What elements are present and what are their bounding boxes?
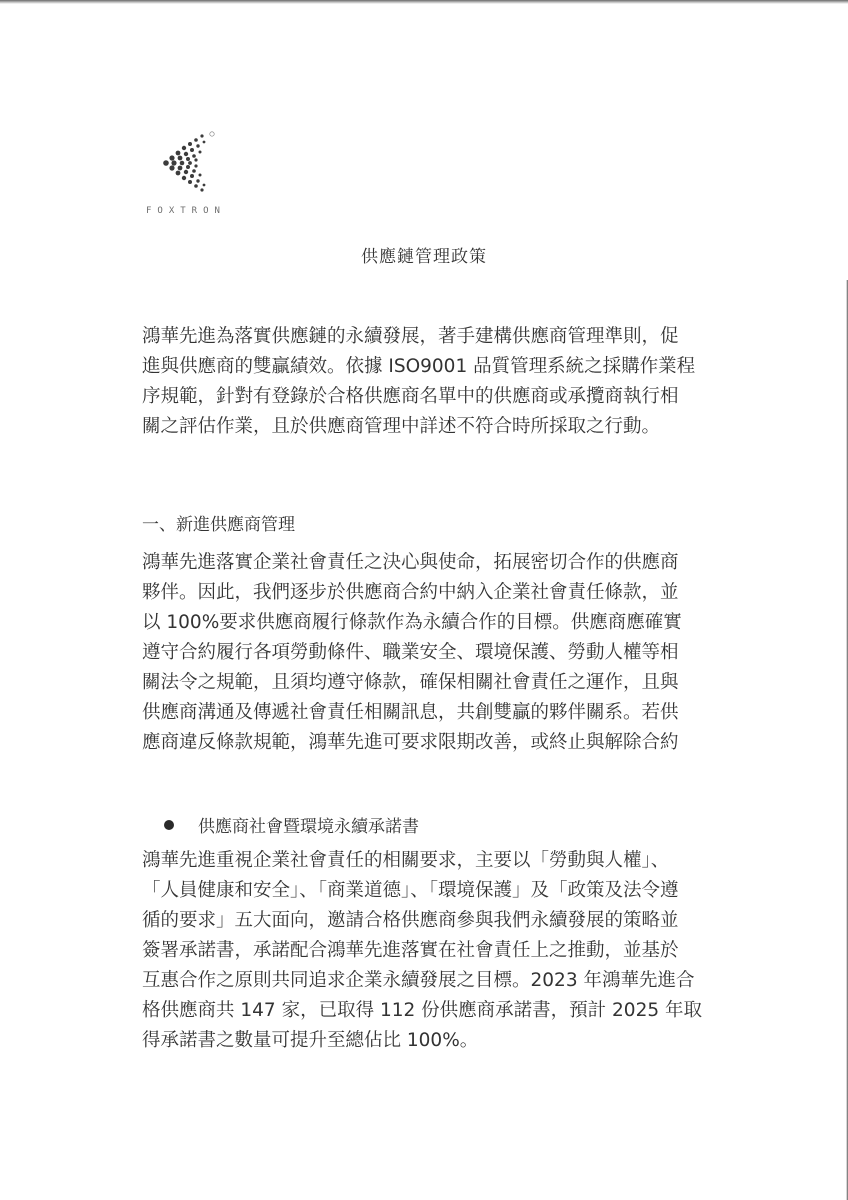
paragraph-line: 夥伴。因此，我們逐步於供應商合約中納入企業社會責任條款，並 (142, 578, 708, 608)
paragraph-line: 關法令之規範，且須均遵守條款，確保相關社會責任之運作，且與 (142, 668, 708, 698)
logo-wordmark: FOXTRON (146, 206, 226, 216)
paragraph-line: 遵守合約履行各項勞動條件、職業安全、環境保護、勞動人權等相 (142, 638, 708, 668)
bullet-dot-icon (164, 820, 174, 830)
paragraph-line: 鴻華先進重視企業社會責任的相關要求，主要以「勞動與人權」、 (142, 846, 708, 876)
document-title: 供應鏈管理政策 (0, 242, 848, 267)
bullet-item: 供應商社會暨環境永續承諾書 (164, 812, 419, 837)
paragraph-line: 關之評估作業，且於供應商管理中詳述不符合時所採取之行動。 (142, 412, 708, 442)
section-heading: 一、新進供應商管理 (142, 510, 295, 535)
paragraph-line: 簽署承諾書，承諾配合鴻華先進落實在社會責任上之推動，並基於 (142, 936, 708, 966)
paragraph-line: 進與供應商的雙贏績效。依據 ISO9001 品質管理系統之採購作業程 (142, 352, 708, 382)
paragraph-line: 得承諾書之數量可提升至總佔比 100%。 (142, 1026, 708, 1056)
paragraph-line: 互惠合作之原則共同追求企業永續發展之目標。2023 年鴻華先進合 (142, 966, 708, 996)
bullet-label: 供應商社會暨環境永續承諾書 (198, 812, 419, 837)
paragraph-line: 「人員健康和安全」、「商業道德」、「環境保護」及「政策及法令遵 (142, 876, 708, 906)
commitment-paragraph: 鴻華先進重視企業社會責任的相關要求，主要以「勞動與人權」、 「人員健康和安全」、… (142, 846, 708, 1056)
foxtron-logo: FOXTRON (146, 128, 256, 220)
paragraph-line: 序規範，針對有登錄於合格供應商名單中的供應商或承攬商執行相 (142, 382, 708, 412)
scan-top-edge (0, 0, 848, 4)
intro-paragraph: 鴻華先進為落實供應鏈的永續發展，著手建構供應商管理準則，促 進與供應商的雙贏績效… (142, 322, 708, 442)
paragraph-line: 以 100%要求供應商履行條款作為永續合作的目標。供應商應確實 (142, 608, 708, 638)
paragraph-line: 鴻華先進為落實供應鏈的永續發展，著手建構供應商管理準則，促 (142, 322, 708, 352)
paragraph-line: 供應商溝通及傳遞社會責任相關訊息，共創雙贏的夥伴關系。若供 (142, 698, 708, 728)
paragraph-line: 格供應商共 147 家，已取得 112 份供應商承諾書，預計 2025 年取 (142, 996, 708, 1026)
paragraph-line: 循的要求」五大面向，邀請合格供應商參與我們永續發展的策略並 (142, 906, 708, 936)
paragraph-line: 鴻華先進落實企業社會責任之決心與使命，拓展密切合作的供應商 (142, 548, 708, 578)
section-paragraph: 鴻華先進落實企業社會責任之決心與使命，拓展密切合作的供應商 夥伴。因此，我們逐步… (142, 548, 708, 758)
paragraph-line: 應商違反條款規範，鴻華先進可要求限期改善，或終止與解除合約 (142, 728, 708, 758)
foxtron-chevron-dots-logo-icon (146, 128, 226, 198)
